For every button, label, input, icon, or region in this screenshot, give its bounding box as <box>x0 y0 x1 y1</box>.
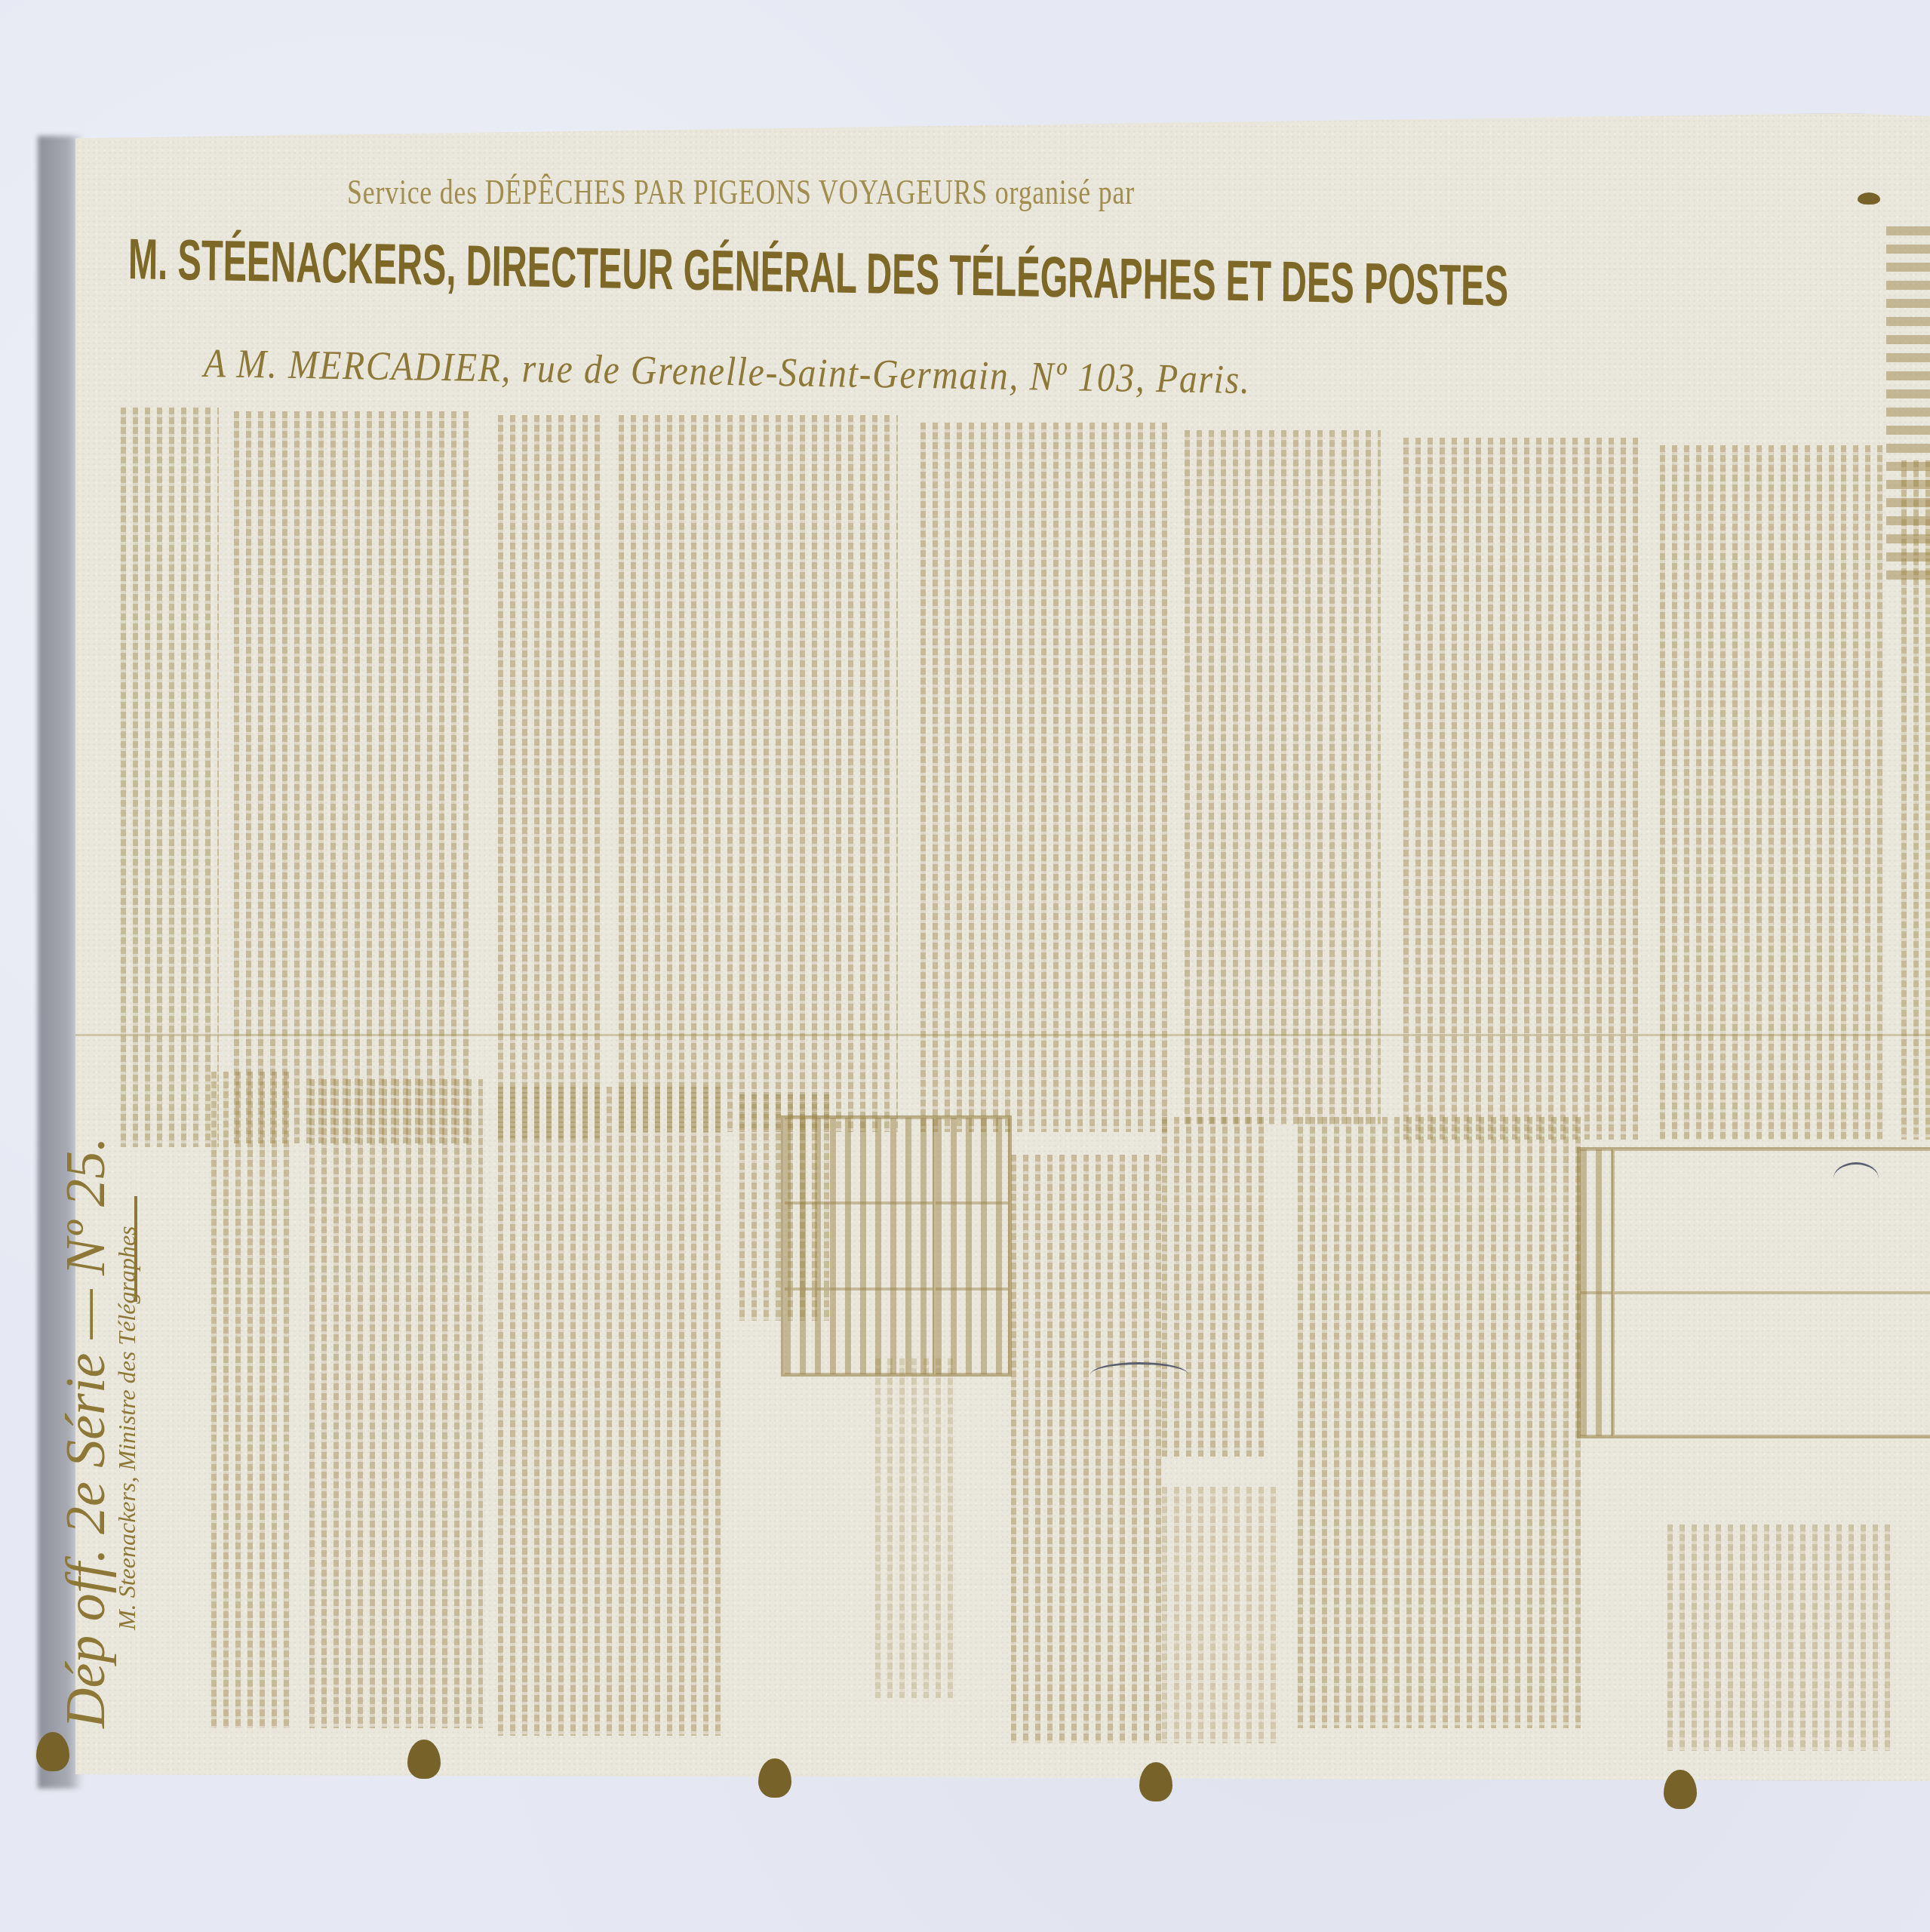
text-column-block <box>1185 430 1381 1124</box>
pin-hole-dot <box>1858 192 1880 205</box>
table-cell <box>934 1203 1010 1288</box>
fold-line <box>75 1034 1930 1036</box>
data-table-large <box>1577 1147 1930 1438</box>
ink-fiber <box>1090 1362 1188 1387</box>
header-director-line: M. STÉENACKERS, DIRECTEUR GÉNÉRAL DES TÉ… <box>128 226 1509 319</box>
table-cell <box>934 1118 1010 1203</box>
text-column-block <box>1667 1524 1894 1751</box>
dispatch-sheet: Service des DÉPÊCHES PAR PIGEONS VOYAGEU… <box>75 113 1930 1781</box>
text-column-block <box>309 1079 483 1728</box>
table-cell <box>1613 1149 1930 1293</box>
text-column-block <box>875 1358 958 1698</box>
header-service-line: Service des DÉPÊCHES PAR PIGEONS VOYAGEU… <box>347 172 1135 212</box>
table-cell <box>783 1118 934 1203</box>
table-cell <box>1579 1149 1613 1293</box>
table-cell <box>1579 1293 1613 1436</box>
header-recipient-line: A M. MERCADIER, rue de Grenelle-Saint-Ge… <box>204 340 1251 403</box>
text-column-block <box>619 415 898 1132</box>
table-cell <box>783 1289 934 1374</box>
text-column-block <box>1162 1487 1283 1743</box>
table-cell <box>934 1289 1010 1374</box>
text-column-block <box>1011 1155 1162 1743</box>
table-cell <box>1613 1293 1930 1436</box>
text-column-block <box>920 423 1169 1132</box>
table-cell <box>783 1203 934 1288</box>
text-column-block <box>498 1087 724 1736</box>
text-column-block <box>1162 1117 1268 1457</box>
text-column-block <box>121 408 219 1147</box>
series-annotation: Dép off. 2e Série — Nº 25. <box>54 1137 118 1728</box>
text-column-block <box>1298 1117 1584 1728</box>
data-table-small <box>781 1115 1012 1377</box>
right-edge-text <box>1886 226 1930 589</box>
text-column-block <box>211 1072 294 1728</box>
series-subline: M. Steenackers, Ministre des Télégraphes <box>113 1226 141 1630</box>
ink-fiber <box>1833 1162 1879 1195</box>
text-column-block <box>498 415 604 1140</box>
